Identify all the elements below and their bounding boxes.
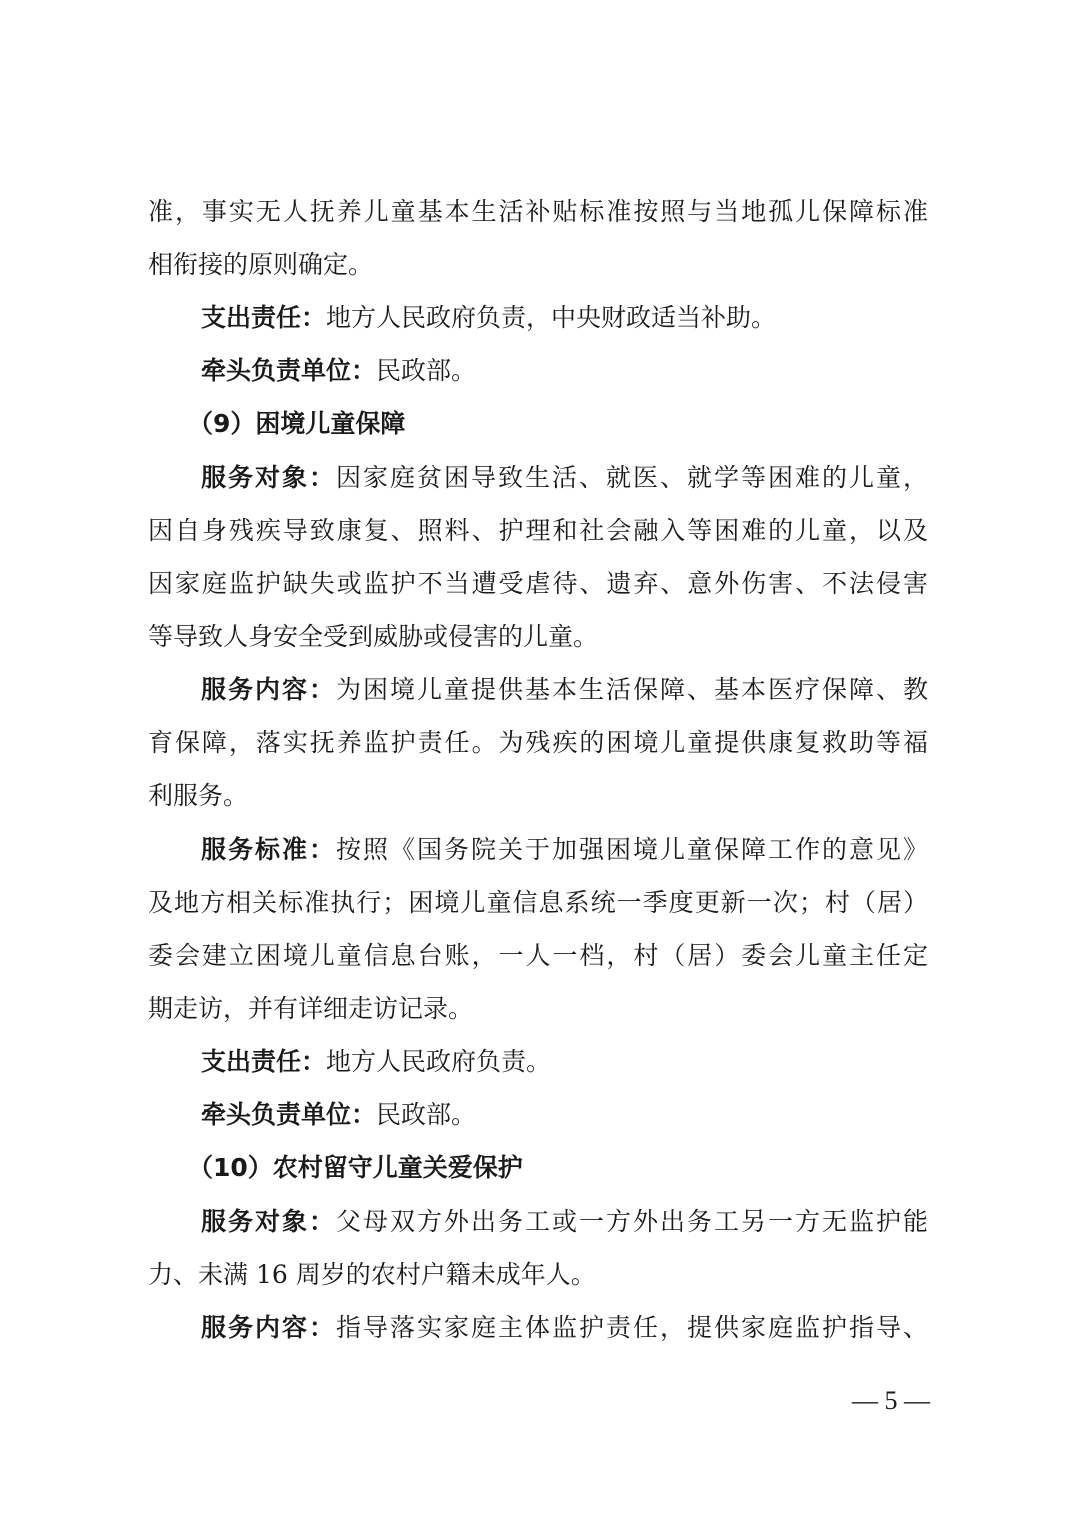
field-value: 为困境儿童提供基本生活保障、基本医疗保障、教 [336, 675, 928, 704]
paragraph-line: 及地方相关标准执行；困境儿童信息系统一季度更新一次；村（居） [148, 883, 928, 923]
section-heading-10: （10）农村留守儿童关爱保护 [188, 1148, 928, 1188]
paragraph-line: 准，事实无人抚养儿童基本生活补贴标准按照与当地孤儿保障标准 [148, 192, 928, 232]
line-text: 力、未满 16 周岁的农村户籍未成年人。 [148, 1260, 596, 1289]
line-text: 等导致人身安全受到威胁或侵害的儿童。 [148, 622, 598, 651]
field-value: 按照《国务院关于加强困境儿童保障工作的意见》 [336, 835, 928, 864]
line-text: 及地方相关标准执行；困境儿童信息系统一季度更新一次；村（居） [148, 888, 928, 917]
line-text: 因家庭监护缺失或监护不当遭受虐待、遗弃、意外伤害、不法侵害 [148, 569, 928, 598]
field-label: 支出责任： [201, 1047, 326, 1076]
field-label: 服务内容： [201, 675, 336, 704]
field-value: 民政部。 [376, 356, 476, 385]
paragraph-line: 因家庭监护缺失或监护不当遭受虐待、遗弃、意外伤害、不法侵害 [148, 564, 928, 604]
expenditure-responsibility: 支出责任：地方人民政府负责。 [201, 1042, 928, 1082]
lead-department: 牵头负责单位：民政部。 [201, 351, 928, 391]
line-text: 期走访，并有详细走访记录。 [148, 994, 473, 1023]
paragraph-line: 因自身残疾导致康复、照料、护理和社会融入等困难的儿童，以及 [148, 511, 928, 551]
field-label: 服务对象： [201, 1207, 336, 1236]
service-target: 服务对象：因家庭贫困导致生活、就医、就学等困难的儿童， [201, 458, 928, 498]
page-number: — 5 — [838, 1383, 930, 1419]
paragraph-line: 育保障，落实抚养监护责任。为残疾的困境儿童提供康复救助等福 [148, 723, 928, 763]
field-value: 父母双方外出务工或一方外出务工另一方无监护能 [336, 1207, 928, 1236]
line-text: 因自身残疾导致康复、照料、护理和社会融入等困难的儿童，以及 [148, 516, 928, 545]
field-label: 牵头负责单位： [201, 1100, 376, 1129]
heading-text: （10）农村留守儿童关爱保护 [188, 1153, 523, 1182]
service-standard: 服务标准：按照《国务院关于加强困境儿童保障工作的意见》 [201, 830, 928, 870]
expenditure-responsibility: 支出责任：地方人民政府负责，中央财政适当补助。 [201, 298, 928, 338]
line-text: 育保障，落实抚养监护责任。为残疾的困境儿童提供康复救助等福 [148, 728, 928, 757]
paragraph-line: 期走访，并有详细走访记录。 [148, 989, 928, 1029]
heading-text: （9）困境儿童保障 [188, 409, 405, 438]
field-value: 因家庭贫困导致生活、就医、就学等困难的儿童， [336, 463, 928, 492]
document-page: 准，事实无人抚养儿童基本生活补贴标准按照与当地孤儿保障标准 相衔接的原则确定。 … [0, 0, 1074, 1520]
paragraph-line: 力、未满 16 周岁的农村户籍未成年人。 [148, 1255, 928, 1295]
paragraph-line: 相衔接的原则确定。 [148, 245, 928, 285]
line-text: 相衔接的原则确定。 [148, 250, 373, 279]
field-value: 地方人民政府负责，中央财政适当补助。 [326, 303, 776, 332]
field-label: 牵头负责单位： [201, 356, 376, 385]
field-value: 民政部。 [376, 1100, 476, 1129]
service-content: 服务内容：指导落实家庭主体监护责任，提供家庭监护指导、 [201, 1308, 928, 1348]
field-label: 支出责任： [201, 303, 326, 332]
line-text: 利服务。 [148, 781, 248, 810]
field-value: 指导落实家庭主体监护责任，提供家庭监护指导、 [336, 1313, 928, 1342]
lead-department: 牵头负责单位：民政部。 [201, 1095, 928, 1135]
field-label: 服务标准： [201, 835, 336, 864]
service-content: 服务内容：为困境儿童提供基本生活保障、基本医疗保障、教 [201, 670, 928, 710]
paragraph-line: 利服务。 [148, 776, 928, 816]
line-text: 委会建立困境儿童信息台账，一人一档，村（居）委会儿童主任定 [148, 941, 928, 970]
paragraph-line: 委会建立困境儿童信息台账，一人一档，村（居）委会儿童主任定 [148, 936, 928, 976]
field-label: 服务内容： [201, 1313, 336, 1342]
field-value: 地方人民政府负责。 [326, 1047, 551, 1076]
section-heading-9: （9）困境儿童保障 [188, 404, 928, 444]
paragraph-line: 等导致人身安全受到威胁或侵害的儿童。 [148, 617, 928, 657]
service-target: 服务对象：父母双方外出务工或一方外出务工另一方无监护能 [201, 1202, 928, 1242]
field-label: 服务对象： [201, 463, 336, 492]
line-text: 准，事实无人抚养儿童基本生活补贴标准按照与当地孤儿保障标准 [148, 197, 928, 226]
